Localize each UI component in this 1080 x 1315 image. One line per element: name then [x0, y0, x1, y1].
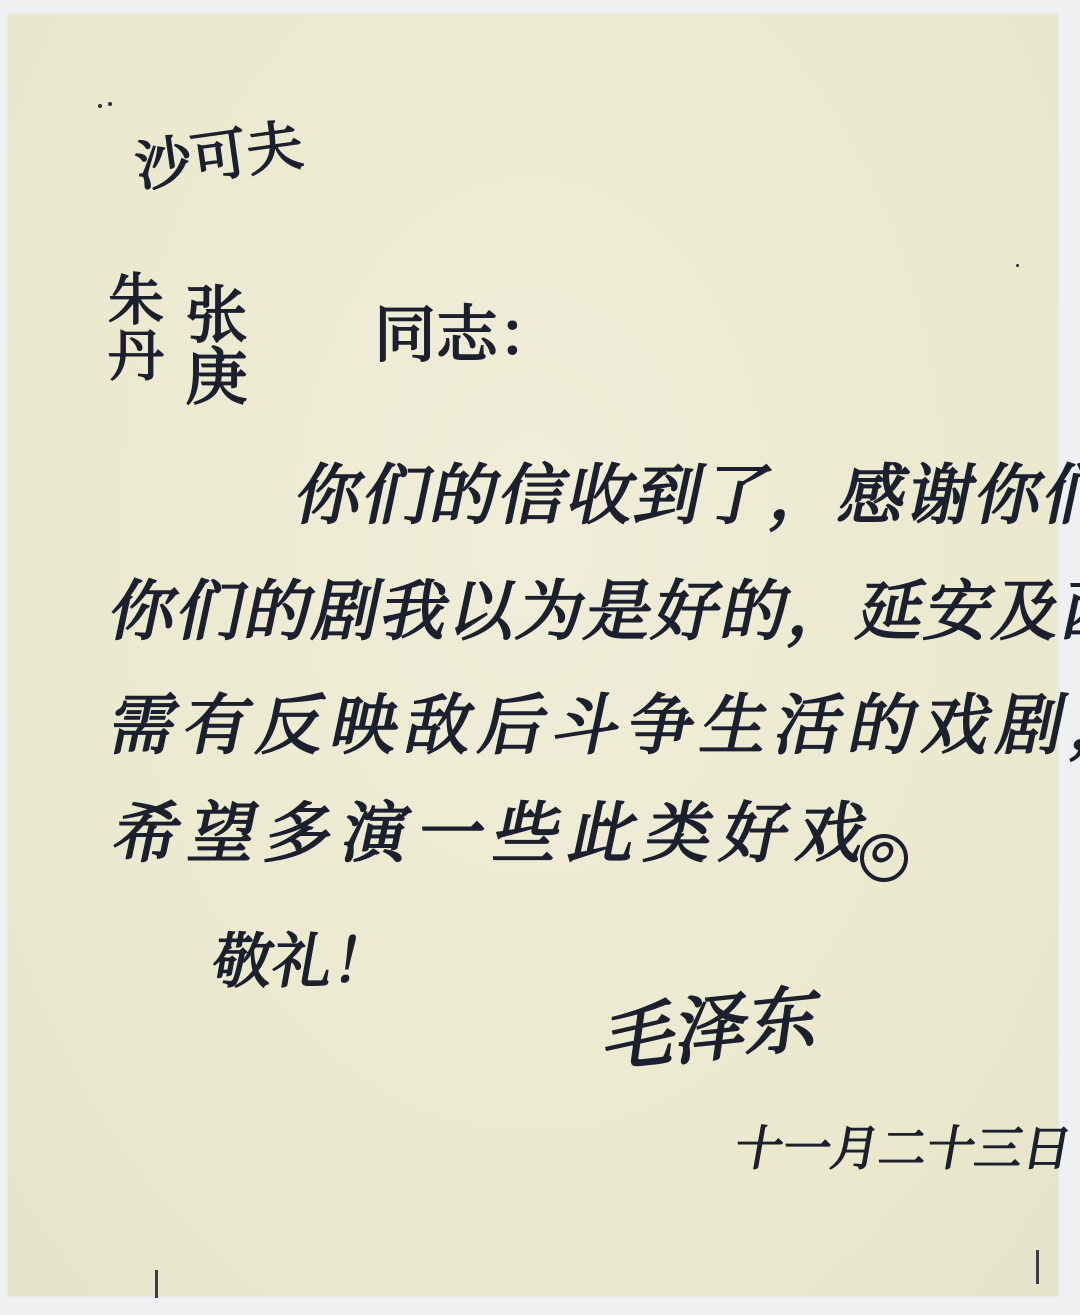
- closing: 敬礼！: [206, 914, 401, 1000]
- ink-speck: [1016, 264, 1019, 267]
- recipient-3: 张庚: [180, 282, 242, 406]
- body-line-4: 希望多演一些此类好戏。: [106, 780, 962, 875]
- scan-mark: [155, 1270, 158, 1298]
- ink-speck: [98, 104, 102, 108]
- body-line-3: 需有反映敌后斗争生活的戏剧，: [102, 672, 1080, 767]
- date: 十一月二十三日: [730, 1110, 1078, 1179]
- scan-mark: [1036, 1250, 1039, 1284]
- salutation-title: 同志：: [374, 304, 560, 366]
- letter-paper: 沙可夫 朱丹 张庚 同志： 你们的信收到了，感谢你们。 你们的剧我以为是好的，延…: [8, 14, 1058, 1296]
- body-line-1: 你们的信收到了，感谢你们。: [288, 442, 1080, 537]
- ink-speck: [860, 834, 908, 882]
- ink-speck: [108, 102, 112, 106]
- body-line-2: 你们的剧我以为是好的，延安及西北正: [102, 558, 1080, 653]
- signature: 毛泽东: [599, 958, 829, 1087]
- recipient-1: 沙可夫: [132, 117, 306, 196]
- recipient-2: 朱丹: [104, 270, 160, 382]
